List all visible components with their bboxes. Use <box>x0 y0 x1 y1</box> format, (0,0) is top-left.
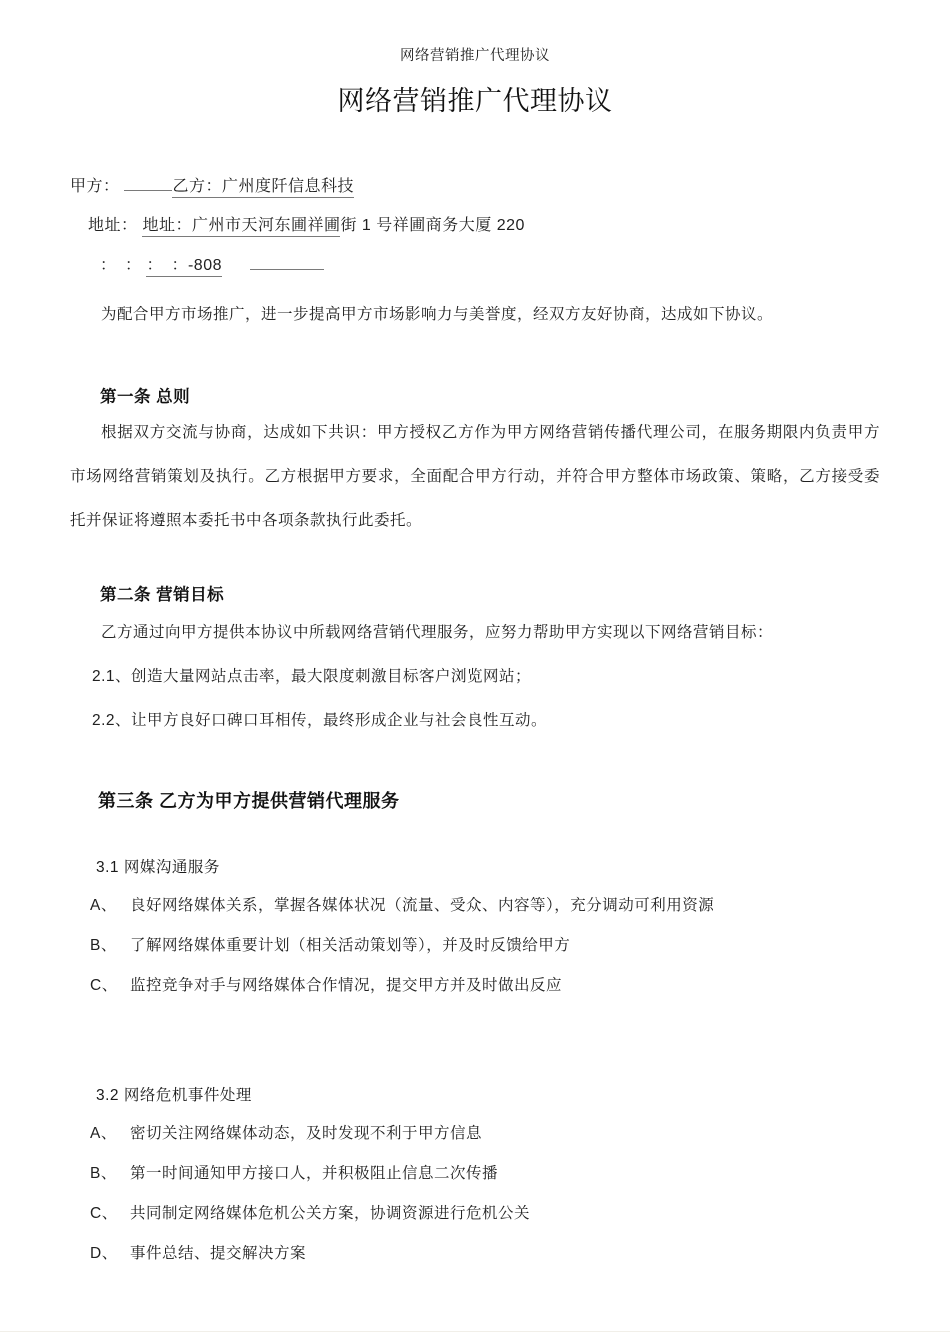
crisis-item-b-text: 第一时间通知甲方接口人，并积极阻止信息二次传播 <box>130 1163 880 1185</box>
page-bottom-edge <box>0 1331 950 1332</box>
address-rest-value: 街 1 号祥圃商务大厦 220 <box>340 217 524 234</box>
party-a-label: 甲方： <box>70 178 120 195</box>
party-line-address: 地址： 地址：广州市天河东圃祥圃街 1 号祥圃商务大厦 220 <box>70 215 880 237</box>
service-item-b-text: 了解网络媒体重要计划（相关活动策划等），并及时反馈给甲方 <box>130 935 880 957</box>
service-item-c: C、 监控竞争对手与网络媒体合作情况，提交甲方并及时做出反应 <box>90 975 880 997</box>
service-item-b-label: B、 <box>90 935 130 957</box>
crisis-item-a-text: 密切关注网络媒体动态，及时发现不利于甲方信息 <box>130 1123 880 1145</box>
crisis-item-d-text: 事件总结、提交解决方案 <box>130 1243 880 1265</box>
crisis-item-a-label: A、 <box>90 1123 130 1145</box>
document-title: 网络营销推广代理协议 <box>70 79 880 118</box>
contact-blank-field <box>250 253 324 270</box>
subsection-3-2-heading: 3.2 网络危机事件处理 <box>96 1083 880 1105</box>
section-1-body: 根据双方交流与协商，达成如下共识：甲方授权乙方作为甲方网络营销传播代理公司，在服… <box>70 411 880 543</box>
section-2-body: 乙方通过向甲方提供本协议中所载网络营销代理服务，应努力帮助甲方实现以下网络营销目… <box>70 621 880 645</box>
page-header-title: 网络营销推广代理协议 <box>70 0 880 65</box>
service-item-a-label: A、 <box>90 895 130 917</box>
service-item-c-text: 监控竞争对手与网络媒体合作情况，提交甲方并及时做出反应 <box>130 975 880 997</box>
party-a-blank-field <box>124 174 172 191</box>
service-item-a: A、 良好网络媒体关系，掌握各媒体状况（流量、受众、内容等），充分调动可利用资源 <box>90 895 880 917</box>
address-underlined-value: 地址：广州市天河东圃祥圃 <box>142 217 340 237</box>
crisis-item-c: C、 共同制定网络媒体危机公关方案，协调资源进行危机公关 <box>90 1203 880 1225</box>
objective-item-2-1: 2.1、创造大量网站点击率，最大限度刺激目标客户浏览网站； <box>92 665 880 689</box>
contact-prefix: ： ： <box>100 257 142 274</box>
section-1-heading: 第一条 总则 <box>100 383 880 407</box>
objective-item-2-2: 2.2、让甲方良好口碑口耳相传，最终形成企业与社会良性互动。 <box>92 709 880 733</box>
crisis-item-c-label: C、 <box>90 1203 130 1225</box>
address-label: 地址： <box>88 217 138 234</box>
document-page: 网络营销推广代理协议 网络营销推广代理协议 甲方： 乙方：广州度阡信息科技 地址… <box>0 0 950 1341</box>
crisis-item-d: D、 事件总结、提交解决方案 <box>90 1243 880 1265</box>
crisis-item-d-label: D、 <box>90 1243 130 1265</box>
subsection-3-1-heading: 3.1 网媒沟通服务 <box>96 855 880 877</box>
crisis-item-a: A、 密切关注网络媒体动态，及时发现不利于甲方信息 <box>90 1123 880 1145</box>
crisis-item-b-label: B、 <box>90 1163 130 1185</box>
section-2-heading: 第二条 营销目标 <box>100 581 880 605</box>
contact-underlined-value: ： ：-808 <box>146 257 222 277</box>
section-3-heading: 第三条 乙方为甲方提供营销代理服务 <box>98 787 880 813</box>
crisis-item-b: B、 第一时间通知甲方接口人，并积极阻止信息二次传播 <box>90 1163 880 1185</box>
party-line-1: 甲方： 乙方：广州度阡信息科技 <box>70 174 880 198</box>
crisis-item-c-text: 共同制定网络媒体危机公关方案，协调资源进行危机公关 <box>130 1203 880 1225</box>
party-line-contact: ： ： ： ：-808 <box>70 253 880 277</box>
service-item-b: B、 了解网络媒体重要计划（相关活动策划等），并及时反馈给甲方 <box>90 935 880 957</box>
service-item-c-label: C、 <box>90 975 130 997</box>
party-b-value: 乙方：广州度阡信息科技 <box>172 178 354 198</box>
service-item-a-text: 良好网络媒体关系，掌握各媒体状况（流量、受众、内容等），充分调动可利用资源 <box>130 895 880 917</box>
intro-paragraph: 为配合甲方市场推广，进一步提高甲方市场影响力与美誉度，经双方友好协商，达成如下协… <box>70 303 880 327</box>
